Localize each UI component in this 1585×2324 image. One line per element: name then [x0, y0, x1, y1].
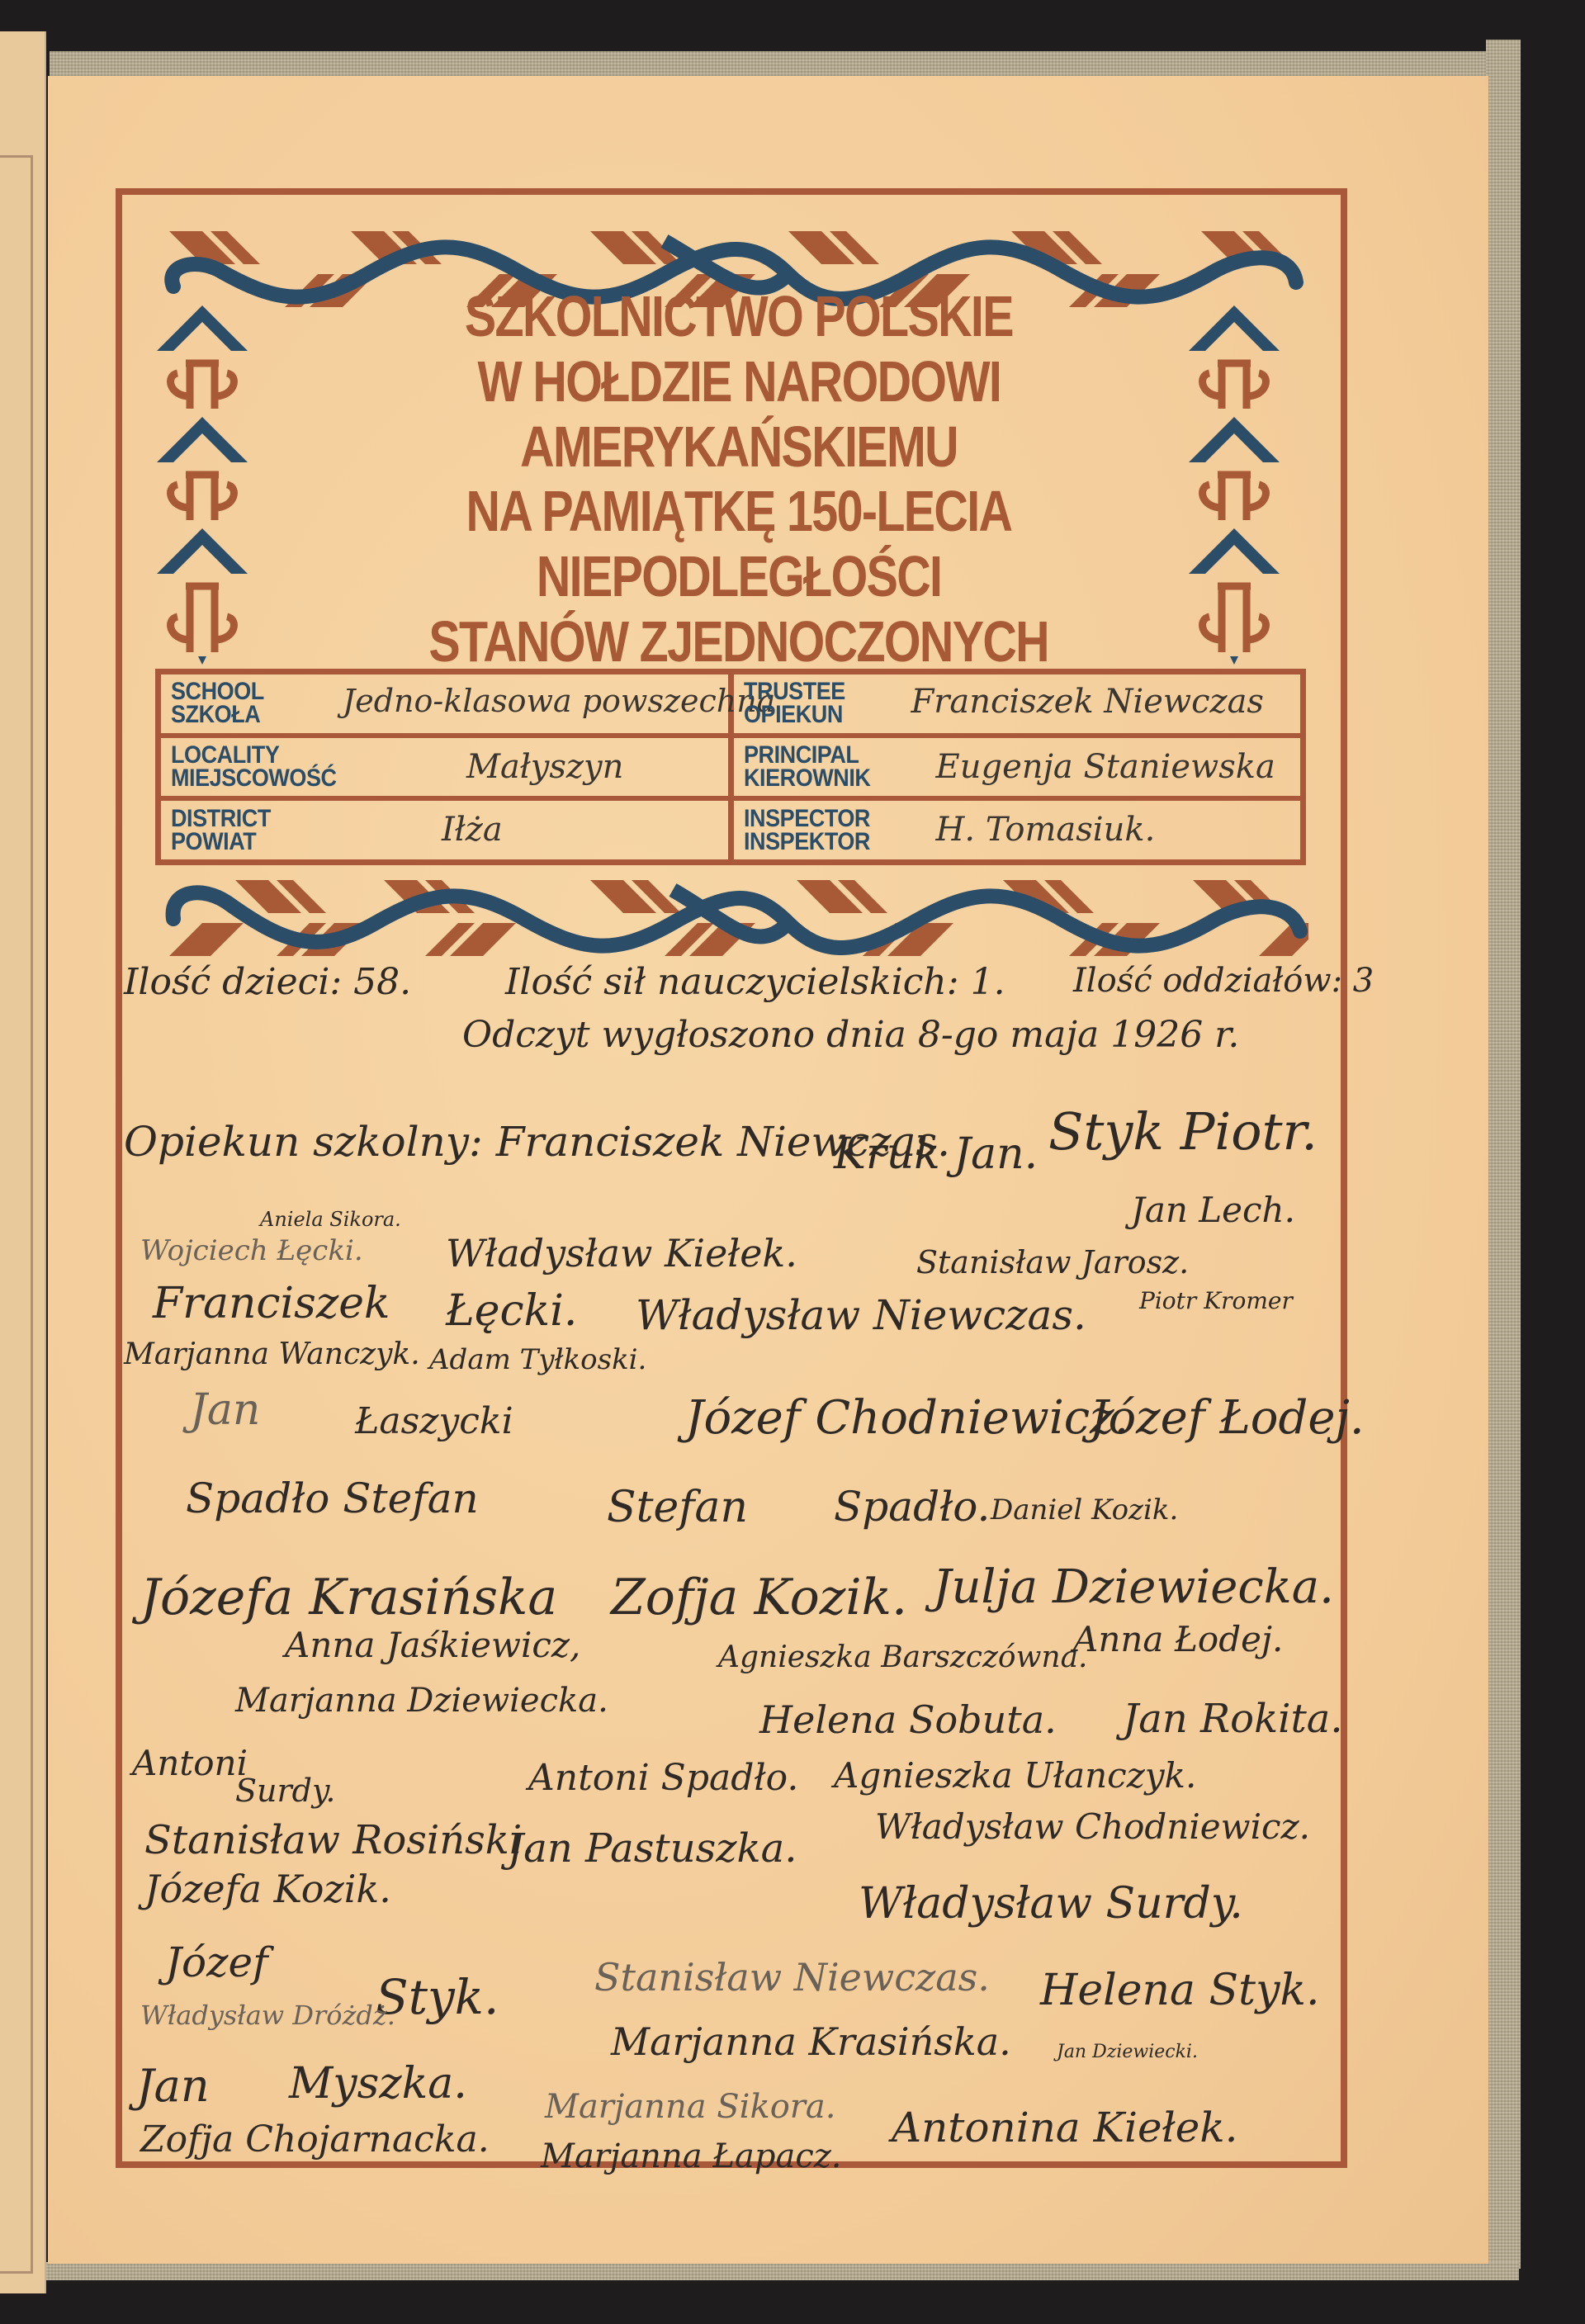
title-line-3: AMERYKAŃSKIEMU [520, 419, 958, 474]
principal-row: PRINCIPALKIEROWNIK Eugenja Staniewska [734, 738, 1301, 802]
title-line-2: W HOŁDZIE NARODOWI [477, 354, 1001, 409]
signature: Jan Pastuszka. [508, 1829, 797, 1868]
signature: Jan Rokita. [1123, 1699, 1343, 1739]
trustee-label-pl: OPIEKUN [744, 703, 845, 727]
district-label-en: DISTRICT [171, 807, 271, 831]
signature: Spadło Stefan [186, 1478, 479, 1519]
signature: Jan [136, 2064, 210, 2109]
signature: Łęcki. [446, 1290, 577, 1332]
signature: Józef [165, 1942, 268, 1983]
signature: Łaszycki [355, 1403, 513, 1440]
trustee-label-en: TRUSTEE [744, 680, 845, 703]
signature: Kruk Jan. [834, 1133, 1038, 1176]
signature: Józefa Kozik. [144, 1870, 391, 1908]
signature: Wojciech Łęcki. [140, 1237, 363, 1265]
signature: Adam Tyłkoski. [429, 1346, 646, 1374]
signature: Anna Łodej. [1073, 1622, 1283, 1657]
signature: Julja Dziewiecka. [933, 1564, 1334, 1611]
inspector-row: INSPECTORINSPEKTOR H. Tomasiuk. [734, 801, 1301, 859]
inspector-value: H. Tomasiuk. [936, 811, 1156, 849]
district-row: DISTRICTPOWIAT Iłża [161, 801, 728, 859]
signature: Franciszek [153, 1282, 390, 1325]
book-cloth-binding-bottom [33, 2262, 1519, 2280]
school-label-en: SCHOOL [171, 680, 264, 703]
facing-page-edge [0, 31, 46, 2293]
signature: Stanisław Jarosz. [916, 1247, 1189, 1278]
lecture-note: Odczyt wygłoszono dnia 8-go maja 1926 r. [462, 1017, 1239, 1053]
signature: Spadło. [834, 1486, 990, 1527]
signature: Marjanna Łapacz. [541, 2140, 842, 2173]
locality-row: LOCALITYMIEJSCOWOŚĆ Małyszyn [161, 738, 728, 802]
signature: Agnieszka Ułanczyk. [834, 1758, 1196, 1793]
signature: Józef Chodniewicz. [685, 1395, 1128, 1441]
signature: Agnieszka Barszczówna. [718, 1643, 1088, 1673]
title-line-5: NIEPODLEGŁOŚCI [537, 549, 942, 603]
signature: Aniela Sikora. [260, 1209, 401, 1229]
bottom-ornament-band [161, 873, 1308, 964]
signature: Daniel Kozik. [991, 1496, 1178, 1524]
locality-label-en: LOCALITY [171, 744, 337, 767]
signature: Jan [190, 1389, 260, 1432]
principal-label-en: PRINCIPAL [744, 744, 870, 767]
book-cloth-binding-right [1486, 40, 1521, 2269]
title-block: SZKOLNICTWO POLSKIE W HOŁDZIE NARODOWI A… [272, 289, 1205, 669]
principal-value: Eugenja Staniewska [936, 748, 1275, 786]
signature: Marjanna Sikora. [545, 2090, 835, 2123]
signature: Władysław Surdy. [859, 1882, 1243, 1925]
district-label-pl: POWIAT [171, 831, 271, 854]
school-info-table: SCHOOLSZKOŁA Jedno-klasowa powszechna LO… [155, 669, 1306, 865]
signature: Józef Łodej. [1090, 1395, 1365, 1441]
trustee-value: Franciszek Niewczas [911, 683, 1264, 721]
signature: Władysław Chodniewicz. [875, 1810, 1310, 1844]
signature: Józefa Krasińska [140, 1573, 557, 1622]
signature: Antoni [132, 1746, 248, 1781]
signature: Władysław Niewczas. [636, 1295, 1086, 1336]
info-column-left: SCHOOLSZKOŁA Jedno-klasowa powszechna LO… [161, 674, 728, 859]
signature: Zofja Chojarnacka. [140, 2122, 490, 2158]
signature: Marjanna Wanczyk. [124, 1340, 420, 1370]
inspector-label-en: INSPECTOR [744, 807, 870, 831]
signature: Jan Lech. [1131, 1193, 1295, 1228]
signature: Władysław Dróżdż. [140, 2002, 395, 2028]
trustee-row: TRUSTEEOPIEKUN Franciszek Niewczas [734, 674, 1301, 738]
signature: Anna Jaśkiewicz, [285, 1628, 580, 1663]
signature: Stanisław Rosiński. [144, 1820, 534, 1860]
school-row: SCHOOLSZKOŁA Jedno-klasowa powszechna [161, 674, 728, 738]
left-side-motif [157, 305, 248, 669]
book-cloth-binding-top [50, 51, 1519, 78]
signature: Stanisław Niewczas. [594, 1958, 990, 1996]
children-count: Ilość dzieci: 58. [124, 964, 411, 1001]
signature: Marjanna Dziewiecka. [235, 1684, 608, 1717]
teachers-count: Ilość sił nauczycielskich: 1. [505, 964, 1005, 1001]
signature: Myszka. [289, 2062, 467, 2105]
facing-page-frame [0, 155, 33, 2274]
signature: Marjanna Krasińska. [611, 2023, 1011, 2061]
info-column-right: TRUSTEEOPIEKUN Franciszek Niewczas PRINC… [728, 674, 1301, 859]
signature: Antoni Spadło. [528, 1760, 798, 1796]
title-line-1: SZKOLNICTWO POLSKIE [465, 289, 1013, 343]
signature: Antonina Kiełek. [892, 2107, 1238, 2148]
signature: Styk Piotr. [1048, 1106, 1318, 1157]
locality-value: Małyszyn [466, 748, 623, 786]
signature: Helena Sobuta. [759, 1701, 1057, 1739]
title-line-6: STANÓW ZJEDNOCZONYCH [429, 614, 1049, 669]
inspector-label-pl: INSPEKTOR [744, 831, 870, 854]
signature: Piotr Kromer [1139, 1290, 1293, 1313]
signature: Władysław Kiełek. [446, 1234, 797, 1272]
school-label-pl: SZKOŁA [171, 703, 264, 727]
title-line-4: NA PAMIĄTKĘ 150-LECIA [466, 484, 1012, 538]
principal-label-pl: KIEROWNIK [744, 767, 870, 790]
signature: Surdy. [235, 1775, 336, 1806]
signature: Zofja Kozik. [611, 1573, 907, 1622]
signature: Jan Dziewiecki. [1057, 2043, 1198, 2061]
signature: Helena Styk. [1040, 1969, 1319, 2012]
signature: Opiekun szkolny: Franciszek Niewczas. [124, 1121, 950, 1162]
school-value: Jedno-klasowa powszechna [343, 683, 775, 719]
locality-label-pl: MIEJSCOWOŚĆ [171, 767, 337, 790]
signature: Stefan [607, 1486, 748, 1529]
divisions-count: Ilość oddziałów: 3 [1073, 964, 1374, 997]
district-value: Iłża [442, 811, 503, 849]
